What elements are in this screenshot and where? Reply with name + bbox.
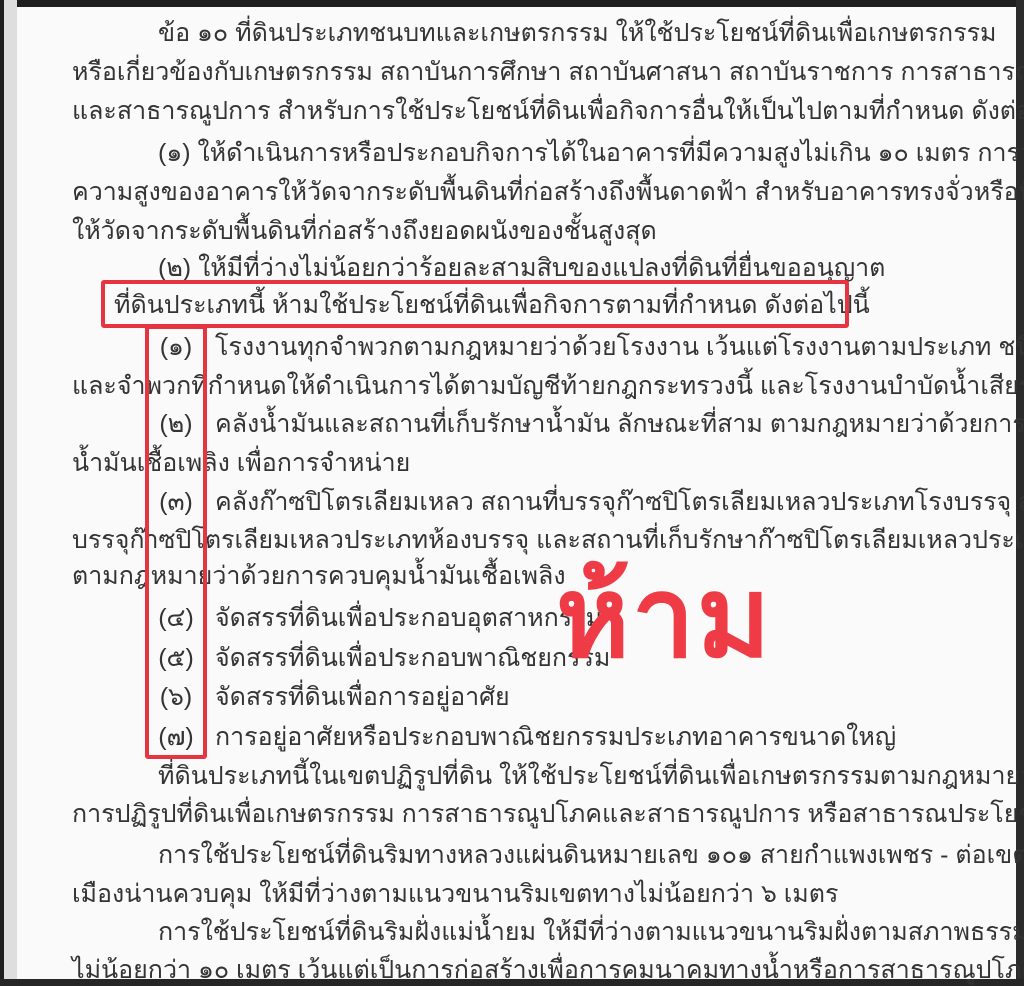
text-line: และสาธารณูปการ สำหรับการใช้ประโยชน์ที่ดิ… [72,96,1024,126]
document-page: ข้อ ๑๐ ที่ดินประเภทชนบทและเกษตรกรรม ให้ใ… [0,0,1024,986]
photo-edge-left-shade [4,0,17,986]
text-line: ไม่น้อยกว่า ๑๐ เมตร เว้นแต่เป็นการก่อสร้… [72,955,1024,985]
text-line: เมืองน่านควบคุม ให้มีที่ว่างตามแนวขนานริ… [72,879,838,909]
item-text: คลังน้ำมันและสถานที่เก็บรักษาน้ำมัน ลักษ… [215,409,1024,439]
photo-edge-top [0,0,1024,7]
text-line: น้ำมันเชื้อเพลิง เพื่อการจำหน่าย [72,448,410,478]
text-line: ความสูงของอาคารให้วัดจากระดับพื้นดินที่ก… [72,177,1024,207]
text-line: ให้วัดจากระดับพื้นดินที่ก่อสร้างถึงยอดผน… [72,216,657,246]
item-text: การอยู่อาศัยหรือประกอบพาณิชยกรรมประเภทอา… [215,722,896,752]
text-line: การใช้ประโยชน์ที่ดินริมทางหลวงแผ่นดินหมา… [158,840,1024,870]
text-line: (๑) ให้ดำเนินการหรือประกอบกิจการได้ในอาค… [158,138,1024,168]
text-line: ที่ดินประเภทนี้ในเขตปฏิรูปที่ดิน ให้ใช้ป… [158,761,1024,791]
item-text: คลังก๊าซปิโตรเลียมเหลว สถานที่บรรจุก๊าซป… [215,487,1024,517]
item-text: จัดสรรที่ดินเพื่อการอยู่อาศัย [215,682,510,712]
highlight-box-item-numbers [145,325,207,759]
text-line: ข้อ ๑๐ ที่ดินประเภทชนบทและเกษตรกรรม ให้ใ… [158,18,997,48]
prohibition-stamp: ห้าม [556,538,816,698]
text-line: หรือเกี่ยวข้องกับเกษตรกรรม สถาบันการศึกษ… [72,57,1024,87]
text-line: และจำพวกที่กำหนดให้ดำเนินการได้ตามบัญชีท… [72,371,1024,401]
text-line: การปฏิรูปที่ดินเพื่อเกษตรกรรม การสาธารณู… [72,799,1024,829]
item-text: โรงงานทุกจำพวกตามกฎหมายว่าด้วยโรงงาน เว้… [215,332,1024,362]
item-text: จัดสรรที่ดินเพื่อประกอบอุตสาหกรรม [215,603,602,633]
highlight-box-prohibition-heading [101,280,849,328]
text-line: บรรจุก๊าซปิโตรเลียมเหลวประเภทห้องบรรจุ แ… [72,525,1024,555]
text-line: การใช้ประโยชน์ที่ดินริมฝั่งแม่น้ำยม ให้ม… [158,917,1024,947]
text-line: (๒) ให้มีที่ว่างไม่น้อยกว่าร้อยละสามสิบข… [158,253,885,283]
item-text: จัดสรรที่ดินเพื่อประกอบพาณิชยกรรม [215,643,610,673]
